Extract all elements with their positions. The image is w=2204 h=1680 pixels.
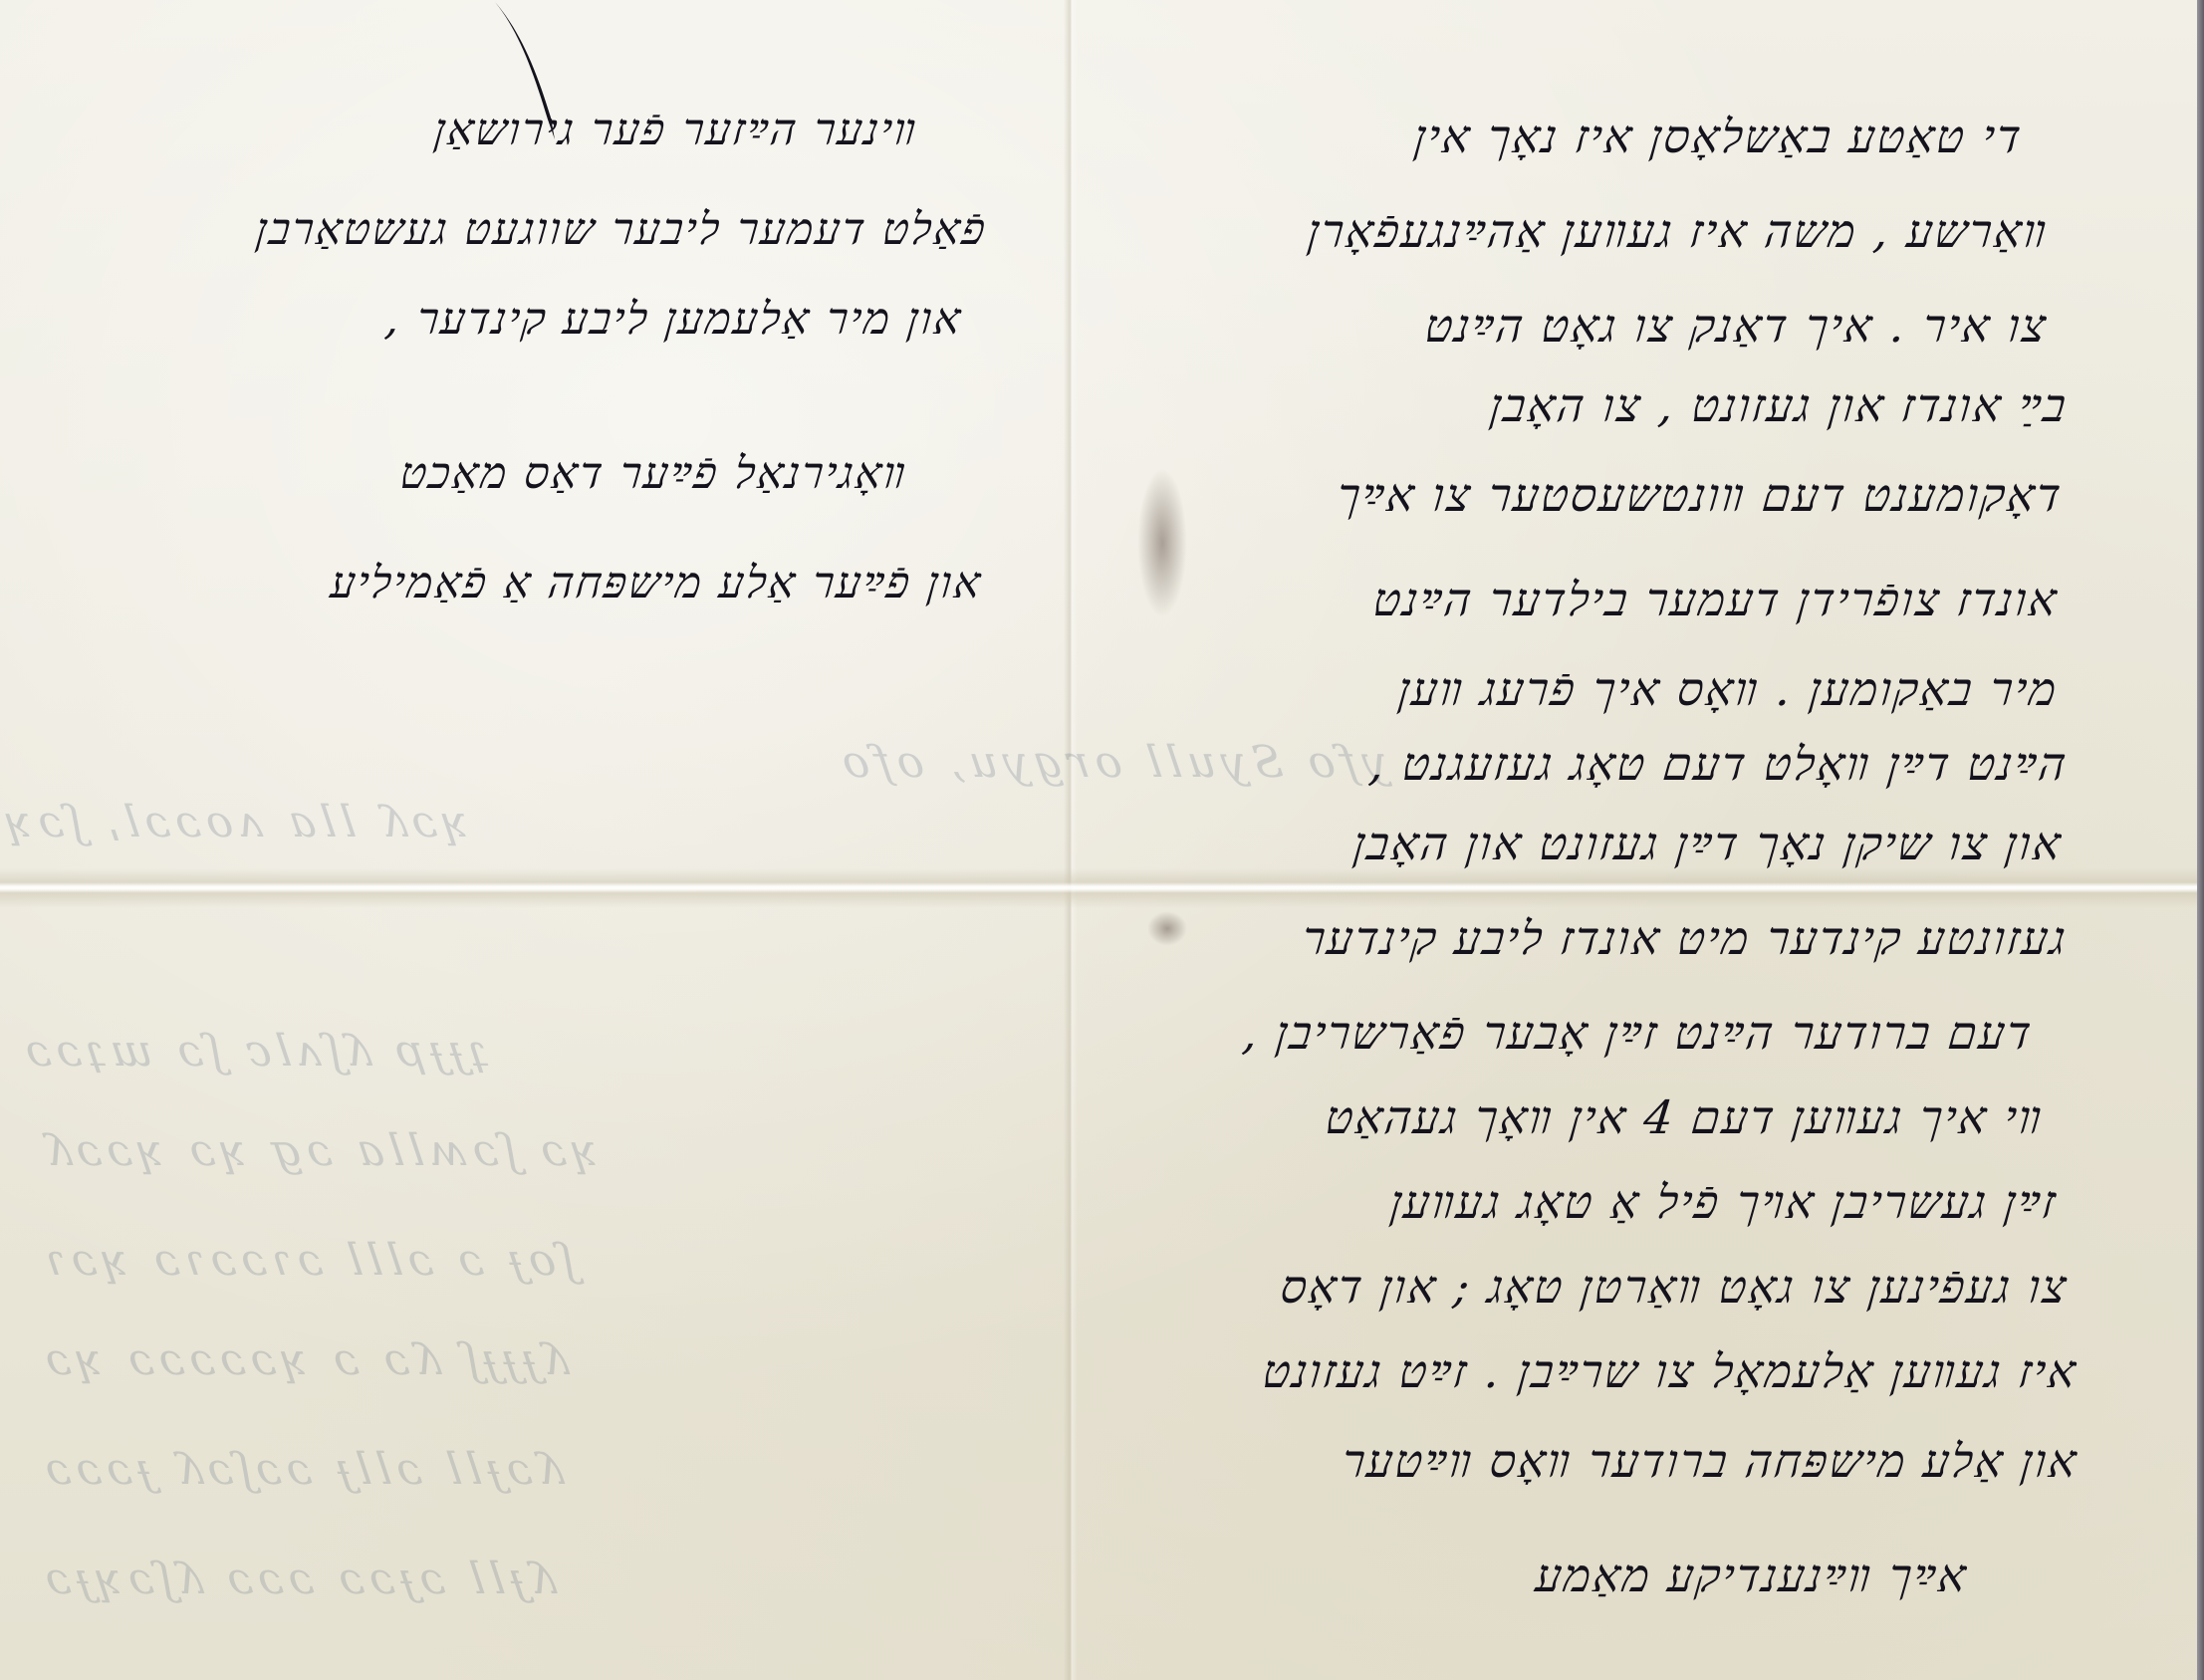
left-line-1: װינער הײַזער פֿער גירושאַן: [431, 105, 920, 155]
right-line-9: און צו שיקן נאָך דײַן געזונט און האָבן: [1351, 817, 2066, 870]
right-line-3: צו איר . איך דאַנק צו גאָט הײַנט: [1422, 299, 2051, 353]
right-line-16: און אַלע מישפּחה ברודער װאָס װײַטער: [1340, 1434, 2081, 1488]
right-line-13: זײַן געשריבן אױך פֿיל אַ טאָג געװען: [1388, 1175, 2061, 1229]
left-line-2: פֿאַלט דעמער ליבער שווגעט געשטאַרבן: [253, 204, 989, 255]
letter-paper: װינער הײַזער פֿער גירושאַן פֿאַלט דעמער …: [0, 0, 2197, 1680]
right-line-7: מיר באַקומען . װאָס איך פֿרעג װען: [1395, 662, 2061, 716]
right-line-2: װאַרשע , משה איז געװען אַהײַנגעפֿאָרן: [1305, 204, 2051, 258]
left-line-5: און פֿײַער אַלע מישפּחה אַ פֿאַמיליע: [328, 558, 984, 608]
right-line-6: אונדז צופֿרידן דעמער בילדער הײַנט: [1370, 573, 2061, 626]
page-gutter-fold: [1064, 0, 1078, 1680]
horizontal-fold-crease: [0, 868, 2197, 908]
right-line-5: דאָקומענט דעם װונטשעסטער צו אײַך: [1336, 468, 2066, 522]
ink-stain: [1137, 468, 1187, 617]
right-line-12: װי איך געװען דעם 4 אין װאָך געהאַט: [1323, 1090, 2046, 1144]
right-line-8: הײַנט דײַן װאָלט דעם טאָג געזעגנט ,: [1366, 737, 2071, 791]
right-line-1: די טאַטע באַשלאָסן איז נאָך אין: [1412, 110, 2026, 163]
right-line-14: צו געפֿינען צו גאָט װאַרטן טאָג ; און דא…: [1278, 1260, 2071, 1314]
right-line-11: דעם ברודער הײַנט זײַן אָבער פֿאַרשריבן ,: [1240, 1006, 2035, 1060]
right-line-10: געזונטע קינדער מיט אונדז ליבע קינדער: [1301, 911, 2071, 965]
right-line-4: בײַ אונדז און געזונט , צו האָבן: [1487, 378, 2071, 432]
left-line-3: און מיר אַלעמען ליבע קינדער ,: [382, 294, 964, 345]
ink-smudge: [1147, 911, 1187, 946]
left-line-4: װאָגירנאַל פֿײַער דאַס מאַכט: [398, 448, 910, 499]
paper-edge-background: [2197, 0, 2204, 1680]
right-line-15: איז געװען אַלעמאָל צו שרײַבן . זײַט געזו…: [1261, 1344, 2081, 1398]
right-line-17-signature: אײַך װײַנענדיקע מאַמע: [1534, 1549, 1971, 1602]
